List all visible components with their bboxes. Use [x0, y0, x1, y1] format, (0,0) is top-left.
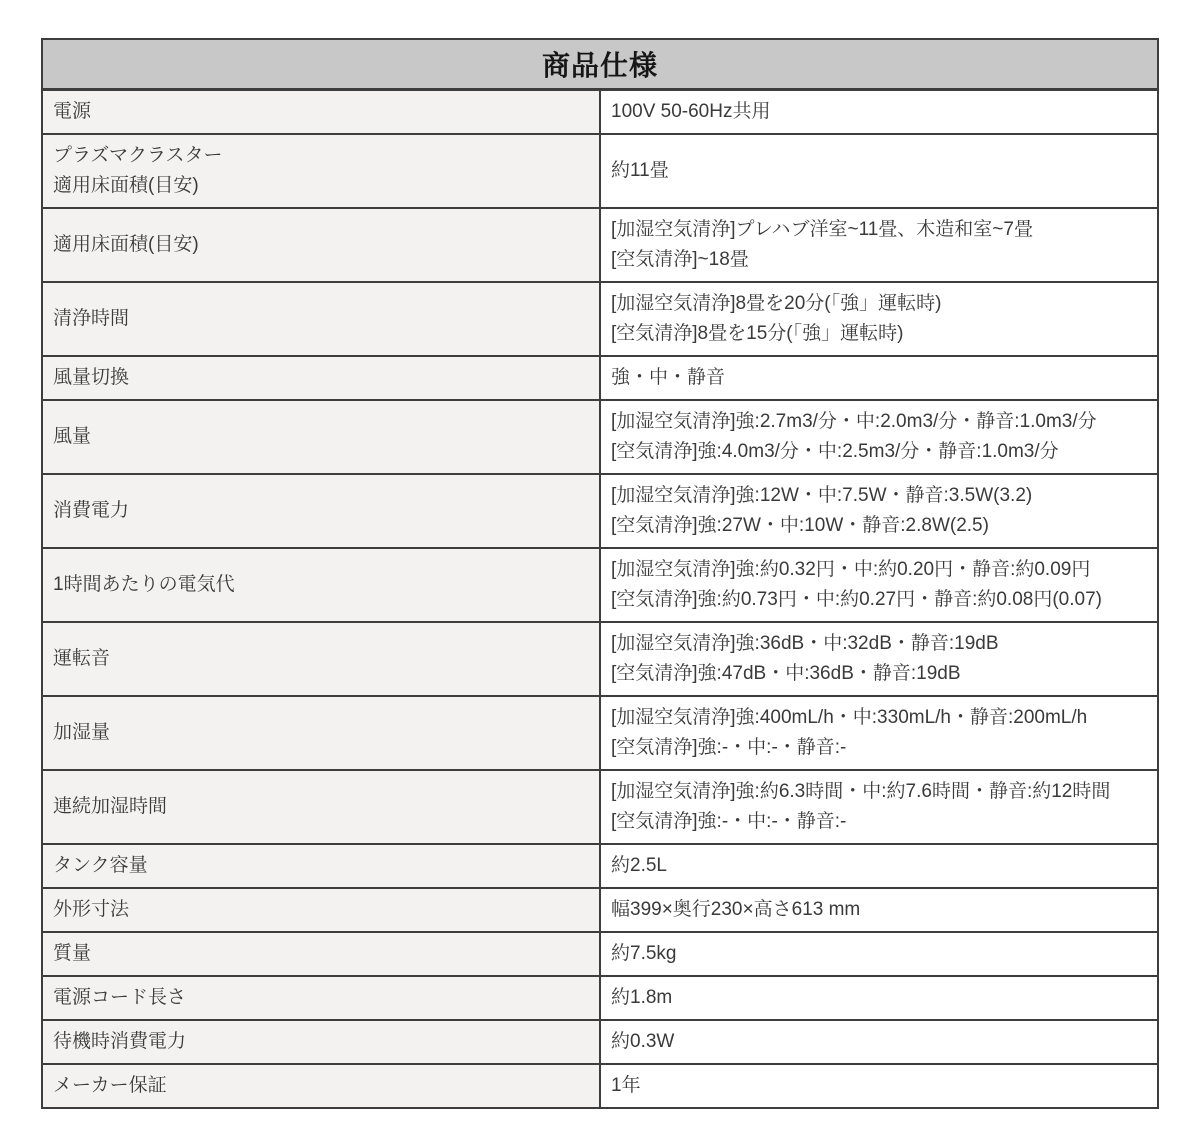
spec-value-line: [空気清浄]8畳を15分(「強」運転時) [611, 319, 1147, 349]
spec-value-line: [空気清浄]強:-・中:-・静音:- [611, 807, 1147, 837]
spec-value-line: [加湿空気清浄]強:12W・中:7.5W・静音:3.5W(3.2) [611, 481, 1147, 511]
spec-label-line: 外形寸法 [53, 895, 589, 925]
spec-label-power-consumption: 消費電力 [42, 474, 600, 548]
spec-label-line: 待機時消費電力 [53, 1027, 589, 1057]
spec-label-electricity-cost-per-hour: 1時間あたりの電気代 [42, 548, 600, 622]
spec-row-external-dimensions: 外形寸法幅399×奥行230×高さ613 mm [42, 888, 1158, 932]
spec-value-plasmacluster-floor-area: 約11畳 [600, 134, 1158, 208]
spec-label-line: 1時間あたりの電気代 [53, 570, 589, 600]
spec-value-weight: 約7.5kg [600, 932, 1158, 976]
spec-label-line: 電源 [53, 97, 589, 127]
spec-label-line: タンク容量 [53, 851, 589, 881]
spec-value-line: [加湿空気清浄]8畳を20分(「強」運転時) [611, 289, 1147, 319]
spec-label-airflow: 風量 [42, 400, 600, 474]
spec-value-line: 約7.5kg [611, 939, 1147, 969]
spec-value-line: [加湿空気清浄]強:約6.3時間・中:約7.6時間・静音:約12時間 [611, 777, 1147, 807]
spec-value-line: [空気清浄]強:27W・中:10W・静音:2.8W(2.5) [611, 511, 1147, 541]
spec-value-line: 約11畳 [611, 156, 1147, 186]
spec-label-line: 電源コード長さ [53, 983, 589, 1013]
page: 商品仕様 電源100V 50-60Hz共用プラズマクラスター適用床面積(目安)約… [0, 0, 1200, 1135]
spec-value-tank-capacity: 約2.5L [600, 844, 1158, 888]
spec-value-continuous-humidification-time: [加湿空気清浄]強:約6.3時間・中:約7.6時間・静音:約12時間[空気清浄]… [600, 770, 1158, 844]
spec-label-operating-noise: 運転音 [42, 622, 600, 696]
spec-value-line: [空気清浄]~18畳 [611, 245, 1147, 275]
product-spec-table: 商品仕様 電源100V 50-60Hz共用プラズマクラスター適用床面積(目安)約… [41, 38, 1159, 1109]
spec-label-line: 加湿量 [53, 718, 589, 748]
spec-row-weight: 質量約7.5kg [42, 932, 1158, 976]
spec-label-line: 消費電力 [53, 496, 589, 526]
spec-row-plasmacluster-floor-area: プラズマクラスター適用床面積(目安)約11畳 [42, 134, 1158, 208]
spec-value-purification-time: [加湿空気清浄]8畳を20分(「強」運転時)[空気清浄]8畳を15分(「強」運転… [600, 282, 1158, 356]
spec-value-airflow: [加湿空気清浄]強:2.7m3/分・中:2.0m3/分・静音:1.0m3/分[空… [600, 400, 1158, 474]
spec-row-tank-capacity: タンク容量約2.5L [42, 844, 1158, 888]
spec-value-power-consumption: [加湿空気清浄]強:12W・中:7.5W・静音:3.5W(3.2)[空気清浄]強… [600, 474, 1158, 548]
spec-value-applicable-floor-area: [加湿空気清浄]プレハブ洋室~11畳、木造和室~7畳[空気清浄]~18畳 [600, 208, 1158, 282]
spec-row-manufacturer-warranty: メーカー保証1年 [42, 1064, 1158, 1108]
spec-label-applicable-floor-area: 適用床面積(目安) [42, 208, 600, 282]
spec-row-purification-time: 清浄時間[加湿空気清浄]8畳を20分(「強」運転時)[空気清浄]8畳を15分(「… [42, 282, 1158, 356]
spec-label-line: プラズマクラスター [53, 141, 589, 171]
spec-label-line: 風量切換 [53, 363, 589, 393]
spec-value-line: 強・中・静音 [611, 363, 1147, 393]
spec-value-line: [加湿空気清浄]プレハブ洋室~11畳、木造和室~7畳 [611, 215, 1147, 245]
spec-value-line: [空気清浄]強:約0.73円・中:約0.27円・静音:約0.08円(0.07) [611, 585, 1147, 615]
table-header-row: 商品仕様 [42, 39, 1158, 90]
spec-label-weight: 質量 [42, 932, 600, 976]
spec-row-operating-noise: 運転音[加湿空気清浄]強:36dB・中:32dB・静音:19dB[空気清浄]強:… [42, 622, 1158, 696]
spec-label-line: 清浄時間 [53, 304, 589, 334]
spec-value-line: 約0.3W [611, 1027, 1147, 1057]
spec-row-power-source: 電源100V 50-60Hz共用 [42, 90, 1158, 135]
spec-label-line: 適用床面積(目安) [53, 171, 589, 201]
spec-label-plasmacluster-floor-area: プラズマクラスター適用床面積(目安) [42, 134, 600, 208]
spec-value-line: 幅399×奥行230×高さ613 mm [611, 895, 1147, 925]
spec-value-line: 約1.8m [611, 983, 1147, 1013]
spec-row-continuous-humidification-time: 連続加湿時間[加湿空気清浄]強:約6.3時間・中:約7.6時間・静音:約12時間… [42, 770, 1158, 844]
spec-row-power-consumption: 消費電力[加湿空気清浄]強:12W・中:7.5W・静音:3.5W(3.2)[空気… [42, 474, 1158, 548]
spec-value-line: [空気清浄]強:4.0m3/分・中:2.5m3/分・静音:1.0m3/分 [611, 437, 1147, 467]
spec-value-operating-noise: [加湿空気清浄]強:36dB・中:32dB・静音:19dB[空気清浄]強:47d… [600, 622, 1158, 696]
spec-label-power-cord-length: 電源コード長さ [42, 976, 600, 1020]
spec-label-line: メーカー保証 [53, 1071, 589, 1101]
spec-label-power-source: 電源 [42, 90, 600, 135]
spec-value-standby-power-consumption: 約0.3W [600, 1020, 1158, 1064]
spec-label-humidification-amount: 加湿量 [42, 696, 600, 770]
spec-label-continuous-humidification-time: 連続加湿時間 [42, 770, 600, 844]
spec-value-line: [加湿空気清浄]強:約0.32円・中:約0.20円・静音:約0.09円 [611, 555, 1147, 585]
spec-label-manufacturer-warranty: メーカー保証 [42, 1064, 600, 1108]
spec-value-line: [加湿空気清浄]強:400mL/h・中:330mL/h・静音:200mL/h [611, 703, 1147, 733]
spec-value-line: [加湿空気清浄]強:36dB・中:32dB・静音:19dB [611, 629, 1147, 659]
spec-value-line: [空気清浄]強:-・中:-・静音:- [611, 733, 1147, 763]
spec-value-manufacturer-warranty: 1年 [600, 1064, 1158, 1108]
table-title: 商品仕様 [42, 39, 1158, 90]
spec-label-purification-time: 清浄時間 [42, 282, 600, 356]
spec-label-external-dimensions: 外形寸法 [42, 888, 600, 932]
spec-label-standby-power-consumption: 待機時消費電力 [42, 1020, 600, 1064]
spec-value-airflow-switching: 強・中・静音 [600, 356, 1158, 400]
spec-label-tank-capacity: タンク容量 [42, 844, 600, 888]
spec-value-line: 100V 50-60Hz共用 [611, 97, 1147, 127]
spec-row-applicable-floor-area: 適用床面積(目安)[加湿空気清浄]プレハブ洋室~11畳、木造和室~7畳[空気清浄… [42, 208, 1158, 282]
spec-value-humidification-amount: [加湿空気清浄]強:400mL/h・中:330mL/h・静音:200mL/h[空… [600, 696, 1158, 770]
spec-label-airflow-switching: 風量切換 [42, 356, 600, 400]
spec-value-external-dimensions: 幅399×奥行230×高さ613 mm [600, 888, 1158, 932]
spec-label-line: 連続加湿時間 [53, 792, 589, 822]
spec-label-line: 適用床面積(目安) [53, 230, 589, 260]
spec-label-line: 風量 [53, 422, 589, 452]
spec-row-airflow: 風量[加湿空気清浄]強:2.7m3/分・中:2.0m3/分・静音:1.0m3/分… [42, 400, 1158, 474]
spec-value-line: 1年 [611, 1071, 1147, 1101]
spec-value-electricity-cost-per-hour: [加湿空気清浄]強:約0.32円・中:約0.20円・静音:約0.09円[空気清浄… [600, 548, 1158, 622]
spec-value-line: [加湿空気清浄]強:2.7m3/分・中:2.0m3/分・静音:1.0m3/分 [611, 407, 1147, 437]
spec-value-power-source: 100V 50-60Hz共用 [600, 90, 1158, 135]
spec-row-humidification-amount: 加湿量[加湿空気清浄]強:400mL/h・中:330mL/h・静音:200mL/… [42, 696, 1158, 770]
spec-row-electricity-cost-per-hour: 1時間あたりの電気代[加湿空気清浄]強:約0.32円・中:約0.20円・静音:約… [42, 548, 1158, 622]
spec-row-standby-power-consumption: 待機時消費電力約0.3W [42, 1020, 1158, 1064]
spec-value-line: [空気清浄]強:47dB・中:36dB・静音:19dB [611, 659, 1147, 689]
spec-row-airflow-switching: 風量切換強・中・静音 [42, 356, 1158, 400]
spec-value-power-cord-length: 約1.8m [600, 976, 1158, 1020]
spec-label-line: 質量 [53, 939, 589, 969]
spec-row-power-cord-length: 電源コード長さ約1.8m [42, 976, 1158, 1020]
spec-label-line: 運転音 [53, 644, 589, 674]
spec-value-line: 約2.5L [611, 851, 1147, 881]
